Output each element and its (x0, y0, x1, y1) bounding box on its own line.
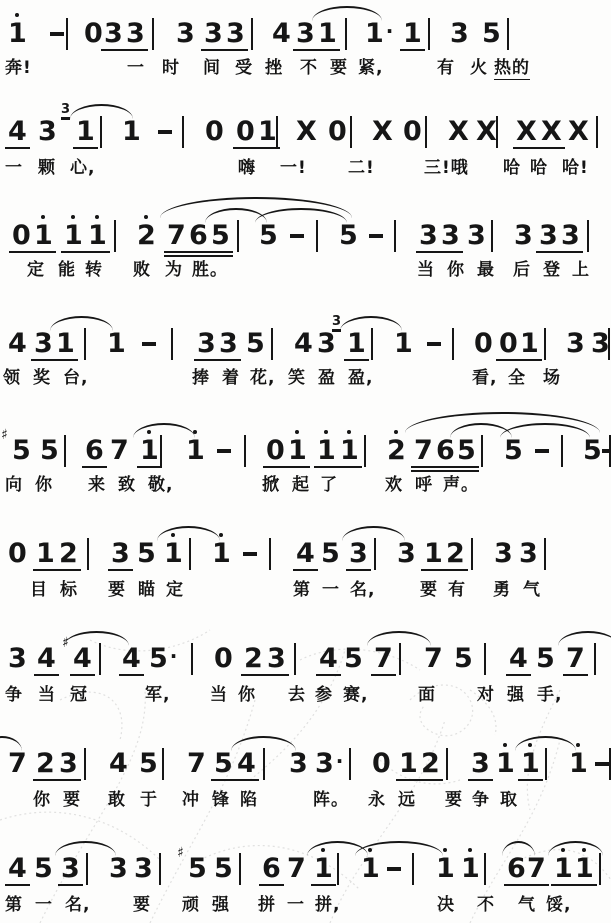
lyric-syllable: 取 (500, 792, 518, 809)
tie-arc (133, 423, 195, 438)
lyric-syllable: 当 (38, 687, 56, 704)
lyric-syllable: 陷 (240, 792, 258, 809)
lyric-syllable: 胜。 (192, 262, 228, 279)
barline (544, 328, 546, 360)
lyric-syllable: 要 (330, 60, 348, 77)
tie-arc (50, 316, 113, 331)
lyric-syllable: 阵。 (313, 792, 349, 809)
barline (64, 435, 66, 467)
note: 3 (289, 750, 308, 777)
lyric-syllable: 勇 (493, 582, 511, 599)
lyric-syllable: 馁, (546, 897, 571, 914)
note: 7 (527, 855, 546, 882)
dash-note (243, 552, 257, 556)
note: 5· (149, 645, 177, 672)
tie-arc (342, 526, 405, 541)
lyric-syllable: 强 (507, 687, 525, 704)
lyric-syllable: 盈 (318, 370, 336, 387)
note: 4 (237, 750, 256, 777)
barline (239, 853, 241, 885)
note: 7 (414, 437, 433, 464)
lyric-syllable: 敢 (108, 792, 126, 809)
note: 3 (126, 20, 145, 47)
lyric-syllable: 紧, (358, 60, 383, 77)
lyric-syllable: 当 (210, 687, 228, 704)
lyric-syllable: 你 (238, 687, 256, 704)
lyric-syllable: 要 (420, 582, 438, 599)
note: 0 (84, 20, 103, 47)
note: 3 (8, 645, 27, 672)
note: 7 (424, 645, 443, 672)
note: 5 (34, 855, 53, 882)
lyric-syllable: 名, (65, 897, 90, 914)
barline (491, 220, 493, 252)
tie-arc (548, 841, 603, 856)
note: 0 (205, 118, 224, 145)
note: 4 (37, 645, 56, 672)
barline (350, 116, 352, 148)
note: 1 (212, 540, 231, 567)
note: 3 (397, 540, 416, 567)
note: 31 (76, 118, 95, 145)
note: 0 (372, 750, 391, 777)
note: 0 (236, 118, 255, 145)
barline (276, 116, 278, 148)
note: 5 (214, 855, 233, 882)
lyric-syllable: 挫 (265, 60, 283, 77)
note: 3 (111, 540, 130, 567)
note: 4 (319, 645, 338, 672)
lyric-syllable: 掀 (262, 477, 280, 494)
barline (114, 220, 116, 252)
lyric-syllable: 领 (3, 370, 21, 387)
lyric-syllable: 气 (523, 582, 541, 599)
lyric-syllable: 受 (235, 60, 253, 77)
note: 3 (471, 750, 490, 777)
barline (237, 220, 239, 252)
barline (100, 116, 102, 148)
lyric-syllable: 争 (5, 687, 23, 704)
note: 1 (56, 330, 75, 357)
barline (599, 853, 601, 885)
lyric-syllable: 手, (537, 687, 562, 704)
note: 3 (34, 330, 53, 357)
lyric-syllable: 定 (166, 582, 184, 599)
note: 1 (140, 437, 159, 464)
lyric-syllable: 不 (477, 897, 495, 914)
slur-arc (405, 412, 600, 433)
lyric-syllable: 于 (140, 792, 158, 809)
augmentation-dot: · (336, 749, 344, 773)
note: 1 (399, 750, 418, 777)
lyric-syllable: 你 (35, 477, 53, 494)
barline (496, 116, 498, 148)
lyric-syllable: 面 (418, 687, 436, 704)
lyric-syllable: 当 (417, 262, 435, 279)
note: 5 (504, 437, 523, 464)
note: 3 (109, 855, 128, 882)
note: 4 (109, 750, 128, 777)
lyric-syllable: 嗨 (238, 160, 256, 177)
note: 3 (296, 20, 315, 47)
lyric-syllable: 奔! (5, 60, 32, 77)
barline (399, 643, 401, 675)
lyric-syllable: 一 (322, 582, 340, 599)
note: 3 (467, 222, 486, 249)
note: 3 (104, 20, 123, 47)
lyric-syllable: 军, (145, 687, 170, 704)
barline (271, 328, 273, 360)
barline (471, 538, 473, 570)
note: 3 (561, 222, 580, 249)
augmentation-dot: · (170, 644, 178, 668)
note: 4 (122, 645, 141, 672)
note: 5 (246, 330, 265, 357)
note: 1 (340, 437, 359, 464)
barline (152, 18, 154, 50)
lyric-syllable: 间 (203, 60, 221, 77)
note: 7 (8, 750, 27, 777)
barline (263, 748, 265, 780)
note: 3 (514, 222, 533, 249)
note: 2 (36, 750, 55, 777)
sharp-accidental-icon: ♯ (1, 428, 8, 442)
barline (374, 538, 376, 570)
lyric-syllable: 花, (250, 370, 275, 387)
note: 4 (294, 330, 313, 357)
lyric-syllable: 呼 (415, 477, 433, 494)
note: 1 (258, 118, 277, 145)
lyric-syllable: 了 (320, 477, 338, 494)
lyric-syllable: 为 (165, 262, 183, 279)
lyric-syllable: 全 (508, 370, 526, 387)
barline (171, 328, 173, 360)
barline (244, 435, 246, 467)
note: 3 (134, 855, 153, 882)
note: 1 (8, 20, 27, 47)
note: 5 (259, 222, 278, 249)
lyric-syllable: 一 (5, 160, 23, 177)
tie-arc (231, 736, 296, 751)
lyric-syllable: 目 (30, 582, 48, 599)
tie-arc (558, 631, 611, 646)
note: 1 (520, 330, 539, 357)
note: 7 (187, 750, 206, 777)
note: 0 (266, 437, 285, 464)
barline (84, 328, 86, 360)
lyric-syllable: 锋 (212, 792, 230, 809)
lyric-syllable: 颗 (38, 160, 56, 177)
note: 1 (317, 437, 336, 464)
sharp-accidental-icon: ♯ (177, 846, 184, 860)
lyric-syllable: 热的 (494, 60, 530, 80)
note: 1 (575, 855, 594, 882)
lyric-syllable: 第 (293, 582, 311, 599)
barline (484, 643, 486, 675)
note: 0 (214, 645, 233, 672)
lyric-syllable: 笑 (288, 370, 306, 387)
tie-arc (515, 736, 576, 751)
note: 3 (317, 330, 336, 357)
lyric-syllable: 转 (85, 262, 103, 279)
barline (594, 643, 596, 675)
percussion-note: X (516, 118, 537, 145)
barline (394, 220, 396, 252)
lyric-syllable: 远 (398, 792, 416, 809)
lyric-syllable: 冠 (70, 687, 88, 704)
note: 1 (314, 855, 333, 882)
lyric-syllable: 盈, (348, 370, 373, 387)
note: 3 (219, 330, 238, 357)
note: 1 (496, 750, 515, 777)
lyric-syllable: 时 (162, 60, 180, 77)
barline (159, 853, 161, 885)
barline (316, 220, 318, 252)
note: 5 (454, 645, 473, 672)
tie-arc (312, 6, 382, 21)
sheet-music-page: 10333334311·135奔!一时间受挫不要紧,有火热的43311001X0… (0, 0, 611, 923)
note: 7 (110, 437, 129, 464)
barline (84, 748, 86, 780)
note: 6 (262, 855, 281, 882)
barline (507, 18, 509, 50)
lyric-syllable: 后 (513, 262, 531, 279)
note: 1 (403, 20, 422, 47)
lyric-syllable: 致 (118, 477, 136, 494)
lyric-syllable: 来 (88, 477, 106, 494)
barline (189, 538, 191, 570)
note: 3 (61, 855, 80, 882)
lyric-syllable: 拼 (258, 897, 276, 914)
barline (587, 220, 589, 252)
note: 2 (137, 222, 156, 249)
note: ♯4 (73, 645, 92, 672)
lyric-syllable: 一 (35, 897, 53, 914)
barline (608, 328, 610, 360)
note: 1 (288, 437, 307, 464)
lyric-syllable: 看, (472, 370, 497, 387)
dash-note (595, 762, 609, 766)
note: 1 (64, 222, 83, 249)
barline (364, 435, 366, 467)
note: 3 (226, 20, 245, 47)
note: 1 (122, 118, 141, 145)
barline (87, 538, 89, 570)
lyric-syllable: 败 (133, 262, 151, 279)
note: 7 (374, 645, 393, 672)
note: 5 (137, 540, 156, 567)
note: 1 (569, 750, 588, 777)
note: 4 (8, 118, 27, 145)
lyric-syllable: 登 (543, 262, 561, 279)
tie-arc (340, 316, 402, 331)
lyric-syllable: 一! (280, 160, 307, 177)
percussion-note: X (296, 118, 317, 145)
note: 2 (59, 540, 78, 567)
lyric-syllable: 哈 (503, 160, 521, 177)
note: 5 (583, 437, 602, 464)
note: 1 (554, 855, 573, 882)
lyric-syllable: 一 (287, 897, 305, 914)
lyric-syllable: 你 (447, 262, 465, 279)
barline (337, 853, 339, 885)
dash-note (369, 234, 383, 238)
dash-note (427, 342, 441, 346)
lyric-syllable: 要 (445, 792, 463, 809)
lyric-syllable: 有 (448, 582, 466, 599)
lyric-syllable: 欢 (385, 477, 403, 494)
note: 3 (267, 645, 286, 672)
lyric-syllable: 参 (315, 687, 333, 704)
note: 7 (167, 222, 186, 249)
note: 5 (536, 645, 555, 672)
lyric-syllable: 二! (348, 160, 375, 177)
lyric-syllable: 对 (477, 687, 495, 704)
barline (545, 748, 547, 780)
lyric-syllable: 台, (63, 370, 88, 387)
note: 3 (494, 540, 513, 567)
slur-arc (160, 197, 352, 218)
note: 4 (8, 330, 27, 357)
note: 3 (38, 118, 57, 145)
barline (446, 748, 448, 780)
note: 3 (519, 540, 538, 567)
barline (428, 18, 430, 50)
tie-arc (502, 841, 535, 856)
barline (544, 538, 546, 570)
note: 6 (85, 437, 104, 464)
lyric-syllable: 场 (543, 370, 561, 387)
barline (162, 748, 164, 780)
note: 1 (461, 855, 480, 882)
lyric-syllable: 向 (5, 477, 23, 494)
note: 3 (441, 222, 460, 249)
tie-arc (55, 841, 116, 856)
note: 5 (211, 222, 230, 249)
lyric-syllable: 要 (133, 897, 151, 914)
percussion-note: X (372, 118, 393, 145)
lyric-syllable: 标 (60, 582, 78, 599)
percussion-note: X (541, 118, 562, 145)
lyric-syllable: 定 (27, 262, 45, 279)
note: 0 (12, 222, 31, 249)
note: 1 (36, 540, 55, 567)
lyric-syllable: 瞄 (138, 582, 156, 599)
barline (160, 435, 162, 467)
lyric-syllable: 气 (518, 897, 536, 914)
note: 5 (339, 222, 358, 249)
note: 4 (8, 855, 27, 882)
note: 1 (107, 330, 126, 357)
barline (452, 328, 454, 360)
note: 6 (189, 222, 208, 249)
note: 0 (403, 118, 422, 145)
lyric-syllable: 争 (472, 792, 490, 809)
grace-note: 3 (61, 103, 70, 118)
dash-note (217, 449, 231, 453)
note: 1 (186, 437, 205, 464)
barline (425, 116, 427, 148)
note: 1 (361, 855, 380, 882)
lyric-syllable: 要 (63, 792, 81, 809)
tie-arc (0, 736, 22, 751)
note: 5 (457, 437, 476, 464)
lyric-syllable: 永 (368, 792, 386, 809)
note: 5 (40, 437, 59, 464)
note: 3 (204, 20, 223, 47)
augmentation-dot: · (386, 19, 394, 43)
percussion-note: X (448, 118, 469, 145)
note: 1 (164, 540, 183, 567)
barline (371, 328, 373, 360)
lyric-syllable: 去 (288, 687, 306, 704)
lyric-syllable: 哈 (530, 160, 548, 177)
lyric-syllable: 有 (437, 60, 455, 77)
lyric-syllable: 赛, (343, 687, 368, 704)
note: 3 (566, 330, 585, 357)
lyric-syllable: 你 (33, 792, 51, 809)
note: 4 (296, 540, 315, 567)
dash-note (158, 130, 172, 134)
note: 3 (176, 20, 195, 47)
lyric-syllable: 着 (222, 370, 240, 387)
note: 1 (318, 20, 337, 47)
note: 3· (315, 750, 343, 777)
barline (251, 18, 253, 50)
note: 5 (321, 540, 340, 567)
note: 5 (139, 750, 158, 777)
barline (269, 538, 271, 570)
note: 3 (419, 222, 438, 249)
barline (349, 748, 351, 780)
note: 1 (436, 855, 455, 882)
barline (596, 116, 598, 148)
lyric-syllable: 最 (477, 262, 495, 279)
note: 1 (424, 540, 443, 567)
barline (294, 643, 296, 675)
barline (66, 18, 68, 50)
note: 4 (272, 20, 291, 47)
note: 1 (521, 750, 540, 777)
lyric-syllable: 拼, (315, 897, 340, 914)
lyric-syllable: 火 (470, 60, 488, 77)
lyric-syllable: 起 (292, 477, 310, 494)
lyric-syllable: 一 (127, 60, 145, 77)
dash-note (535, 449, 549, 453)
note: 3 (450, 20, 469, 47)
note: 7 (287, 855, 306, 882)
note: 6 (436, 437, 455, 464)
tie-arc (355, 841, 443, 856)
note: 2 (387, 437, 406, 464)
note: 5 (214, 750, 233, 777)
note: 3 (591, 330, 610, 357)
barline (345, 18, 347, 50)
tie-arc (64, 631, 129, 646)
note: 0 (474, 330, 493, 357)
note: 5 (344, 645, 363, 672)
note: 3 (59, 750, 78, 777)
note: 1· (365, 20, 393, 47)
percussion-note: X (568, 118, 589, 145)
dash-note (142, 342, 156, 346)
note: 0 (499, 330, 518, 357)
lyric-syllable: 声。 (443, 477, 479, 494)
lyric-syllable: 上 (572, 262, 590, 279)
lyric-syllable: 奖 (33, 370, 51, 387)
barline (561, 435, 563, 467)
lyric-syllable: 能 (58, 262, 76, 279)
